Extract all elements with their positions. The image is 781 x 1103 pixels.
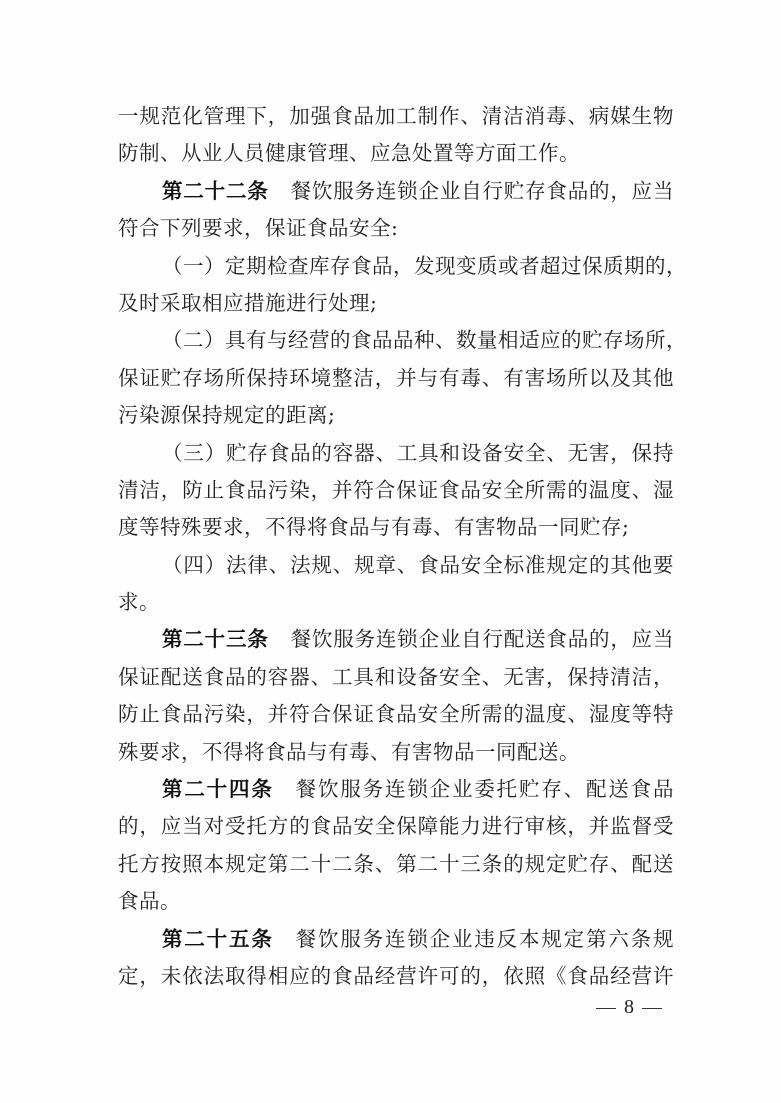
list-item-1-line: （一）定期检查库存食品，发现变质或者超过保质期的， — [118, 248, 674, 285]
paragraph-line: 防制、从业人员健康管理、应急处置等方面工作。 — [118, 135, 674, 172]
line-text: 餐饮服务连锁企业委托贮存、配送食品 — [296, 777, 674, 801]
line-text: 托方按照本规定第二十二条、第二十三条的规定贮存、配送 — [118, 852, 674, 876]
line-text: 餐饮服务连锁企业违反本规定第六条规 — [296, 927, 674, 951]
paragraph-line: 定，未依法取得相应的食品经营许可的，依照《食品经营许 — [118, 958, 674, 995]
line-text: 一规范化管理下，加强食品加工制作、清洁消毒、病媒生物 — [118, 104, 674, 128]
paragraph-line: 及时采取相应措施进行处理; — [118, 285, 674, 322]
document-body: 一规范化管理下，加强食品加工制作、清洁消毒、病媒生物 防制、从业人员健康管理、应… — [118, 98, 674, 995]
line-text: 及时采取相应措施进行处理; — [118, 291, 377, 315]
paragraph-line: 防止食品污染，并符合保证食品安全所需的温度、湿度等特 — [118, 696, 674, 733]
line-text: 污染源保持规定的距离; — [118, 403, 335, 427]
paragraph-line: 保证配送食品的容器、工具和设备安全、无害，保持清洁， — [118, 659, 674, 696]
list-item-4-line: （四）法律、法规、规章、食品安全标准规定的其他要 — [118, 547, 674, 584]
line-text: （三）贮存食品的容器、工具和设备安全、无害，保持 — [162, 441, 674, 465]
paragraph-line: 托方按照本规定第二十二条、第二十三条的规定贮存、配送 — [118, 846, 674, 883]
line-text: 度等特殊要求，不得将食品与有毒、有害物品一同贮存; — [118, 515, 629, 539]
paragraph-line: 的，应当对受托方的食品安全保障能力进行审核，并监督受 — [118, 808, 674, 845]
list-item-2-line: （二）具有与经营的食品品种、数量相适应的贮存场所， — [118, 322, 674, 359]
line-text: 符合下列要求，保证食品安全: — [118, 216, 398, 240]
article-23-heading-line: 第二十三条餐饮服务连锁企业自行配送食品的，应当 — [118, 621, 674, 658]
page-number-value: 8 — [624, 996, 634, 1018]
line-text: 保证配送食品的容器、工具和设备安全、无害，保持清洁， — [118, 665, 674, 689]
line-text: 餐饮服务连锁企业自行贮存食品的，应当 — [291, 179, 674, 203]
article-25-heading-line: 第二十五条餐饮服务连锁企业违反本规定第六条规 — [118, 921, 674, 958]
dash-left — [596, 1008, 616, 1010]
article-24-heading-line: 第二十四条餐饮服务连锁企业委托贮存、配送食品 — [118, 771, 674, 808]
line-text: 防止食品污染，并符合保证食品安全所需的温度、湿度等特 — [118, 702, 674, 726]
line-text: 餐饮服务连锁企业自行配送食品的，应当 — [291, 627, 674, 651]
article-heading: 第二十三条 — [162, 627, 269, 651]
article-heading: 第二十四条 — [162, 777, 274, 801]
paragraph-line: 食品。 — [118, 883, 674, 920]
paragraph-line: 符合下列要求，保证食品安全: — [118, 210, 674, 247]
article-22-heading-line: 第二十二条餐饮服务连锁企业自行贮存食品的，应当 — [118, 173, 674, 210]
line-text: （四）法律、法规、规章、食品安全标准规定的其他要 — [162, 553, 674, 577]
line-text: （一）定期检查库存食品，发现变质或者超过保质期的， — [162, 254, 687, 278]
line-text: 求。 — [118, 590, 160, 614]
paragraph-line: 保证贮存场所保持环境整洁，并与有毒、有害场所以及其他 — [118, 360, 674, 397]
paragraph-line: 清洁，防止食品污染，并符合保证食品安全所需的温度、湿 — [118, 472, 674, 509]
line-text: 防制、从业人员健康管理、应急处置等方面工作。 — [118, 141, 580, 165]
line-text: 定，未依法取得相应的食品经营许可的，依照《食品经营许 — [118, 964, 674, 988]
article-heading: 第二十五条 — [162, 927, 274, 951]
dash-right — [642, 1008, 662, 1010]
line-text: 清洁，防止食品污染，并符合保证食品安全所需的温度、湿 — [118, 478, 674, 502]
paragraph-line: 度等特殊要求，不得将食品与有毒、有害物品一同贮存; — [118, 509, 674, 546]
line-text: （二）具有与经营的食品品种、数量相适应的贮存场所， — [162, 328, 687, 352]
list-item-3-line: （三）贮存食品的容器、工具和设备安全、无害，保持 — [118, 435, 674, 472]
line-text: 的，应当对受托方的食品安全保障能力进行审核，并监督受 — [118, 814, 674, 838]
paragraph-line: 殊要求，不得将食品与有毒、有害物品一同配送。 — [118, 734, 674, 771]
paragraph-line: 污染源保持规定的距离; — [118, 397, 674, 434]
paragraph-line: 求。 — [118, 584, 674, 621]
article-heading: 第二十二条 — [162, 179, 269, 203]
paragraph-line: 一规范化管理下，加强食品加工制作、清洁消毒、病媒生物 — [118, 98, 674, 135]
line-text: 保证贮存场所保持环境整洁，并与有毒、有害场所以及其他 — [118, 366, 674, 390]
line-text: 食品。 — [118, 889, 181, 913]
document-page: 一规范化管理下，加强食品加工制作、清洁消毒、病媒生物 防制、从业人员健康管理、应… — [0, 0, 781, 1103]
line-text: 殊要求，不得将食品与有毒、有害物品一同配送。 — [118, 740, 580, 764]
page-number: 8 — [588, 996, 670, 1019]
